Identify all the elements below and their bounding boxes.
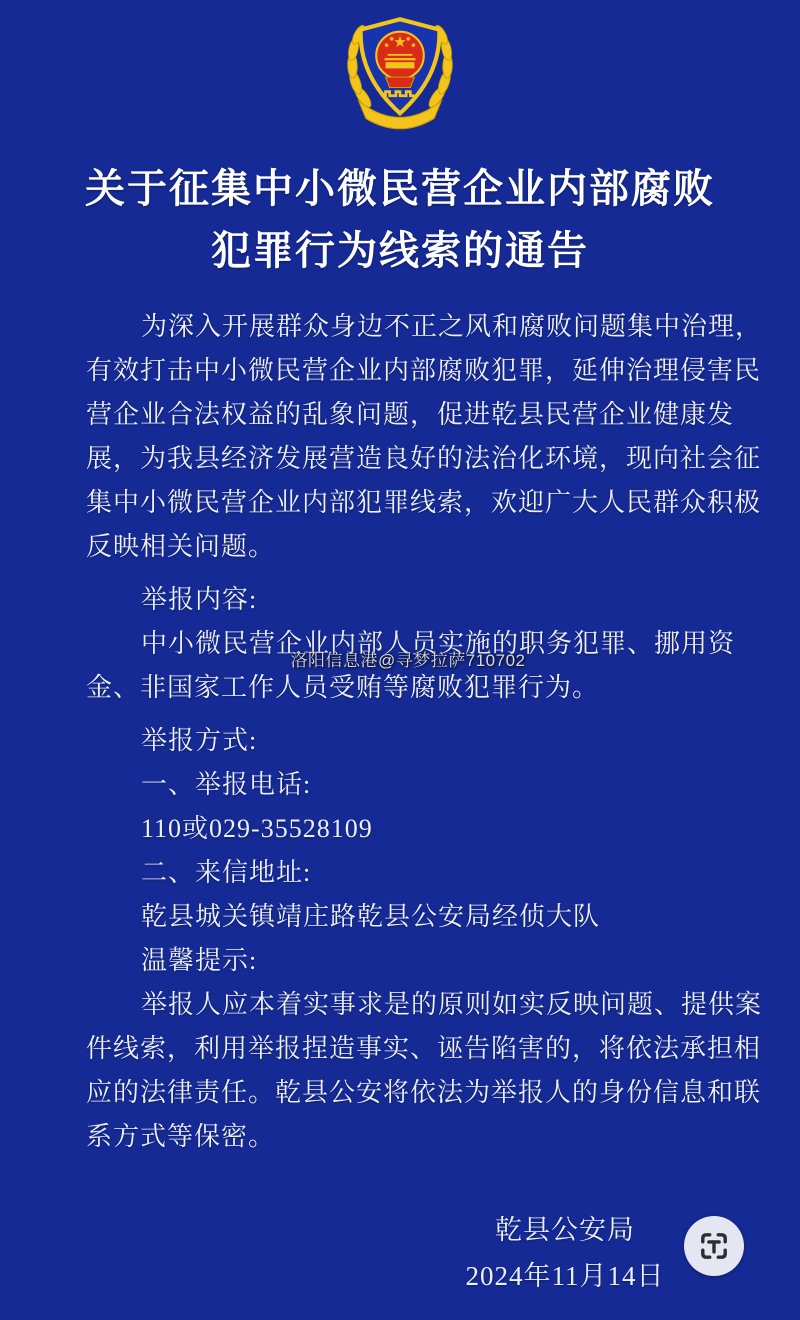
notice-poster: 关于征集中小微民营企业内部腐败 犯罪行为线索的通告 为深入开展群众身边不正之风和… xyxy=(0,0,800,1320)
text-scan-icon xyxy=(698,1230,730,1262)
notice-line: 举报人应本着实事求是的原则如实反映问题、提供案 xyxy=(86,983,716,1027)
notice-line-phone-label: 一、举报电话: xyxy=(86,763,716,807)
notice-title-line2: 犯罪行为线索的通告 xyxy=(0,220,800,282)
notice-title: 关于征集中小微民营企业内部腐败 犯罪行为线索的通告 xyxy=(0,158,800,282)
police-emblem xyxy=(0,0,800,130)
notice-line: 有效打击中小微民营企业内部腐败犯罪，延伸治理侵害民 xyxy=(86,349,716,393)
notice-title-line1: 关于征集中小微民营企业内部腐败 xyxy=(0,158,800,220)
notice-line: 中小微民营企业内部人员实施的职务犯罪、挪用资 xyxy=(86,622,716,666)
notice-line: 展，为我县经济发展营造良好的法治化环境，现向社会征 xyxy=(86,437,716,481)
notice-line: 系方式等保密。 xyxy=(86,1115,716,1159)
notice-line: 应的法律责任。乾县公安将依法为举报人的身份信息和联 xyxy=(86,1071,716,1115)
notice-line-phone-number: 110或029-35528109 xyxy=(86,807,716,851)
notice-line: 营企业合法权益的乱象问题，促进乾县民营企业健康发 xyxy=(86,393,716,437)
notice-line: 反映相关问题。 xyxy=(86,525,716,569)
notice-line-mail-label: 二、来信地址: xyxy=(86,851,716,895)
notice-signature: 乾县公安局 2024年11月14日 xyxy=(453,1207,677,1299)
signature-date: 2024年11月14日 xyxy=(453,1253,677,1299)
notice-body: 为深入开展群众身边不正之风和腐败问题集中治理， 有效打击中小微民营企业内部腐败犯… xyxy=(0,305,800,1159)
notice-section-report-content: 举报内容: xyxy=(86,578,716,622)
notice-line: 集中小微民营企业内部犯罪线索，欢迎广大人民群众积极 xyxy=(86,481,716,525)
notice-section-warm-tips: 温馨提示: xyxy=(86,939,716,983)
police-badge-icon xyxy=(338,14,462,130)
signature-org: 乾县公安局 xyxy=(453,1207,677,1253)
notice-line: 为深入开展群众身边不正之风和腐败问题集中治理， xyxy=(86,305,716,349)
notice-line-mail-address: 乾县城关镇靖庄路乾县公安局经侦大队 xyxy=(86,895,716,939)
text-scan-button[interactable] xyxy=(684,1216,744,1276)
notice-line: 金、非国家工作人员受贿等腐败犯罪行为。 xyxy=(86,666,716,710)
notice-section-report-method: 举报方式: xyxy=(86,719,716,763)
notice-line: 件线索，利用举报捏造事实、诬告陷害的，将依法承担相 xyxy=(86,1027,716,1071)
